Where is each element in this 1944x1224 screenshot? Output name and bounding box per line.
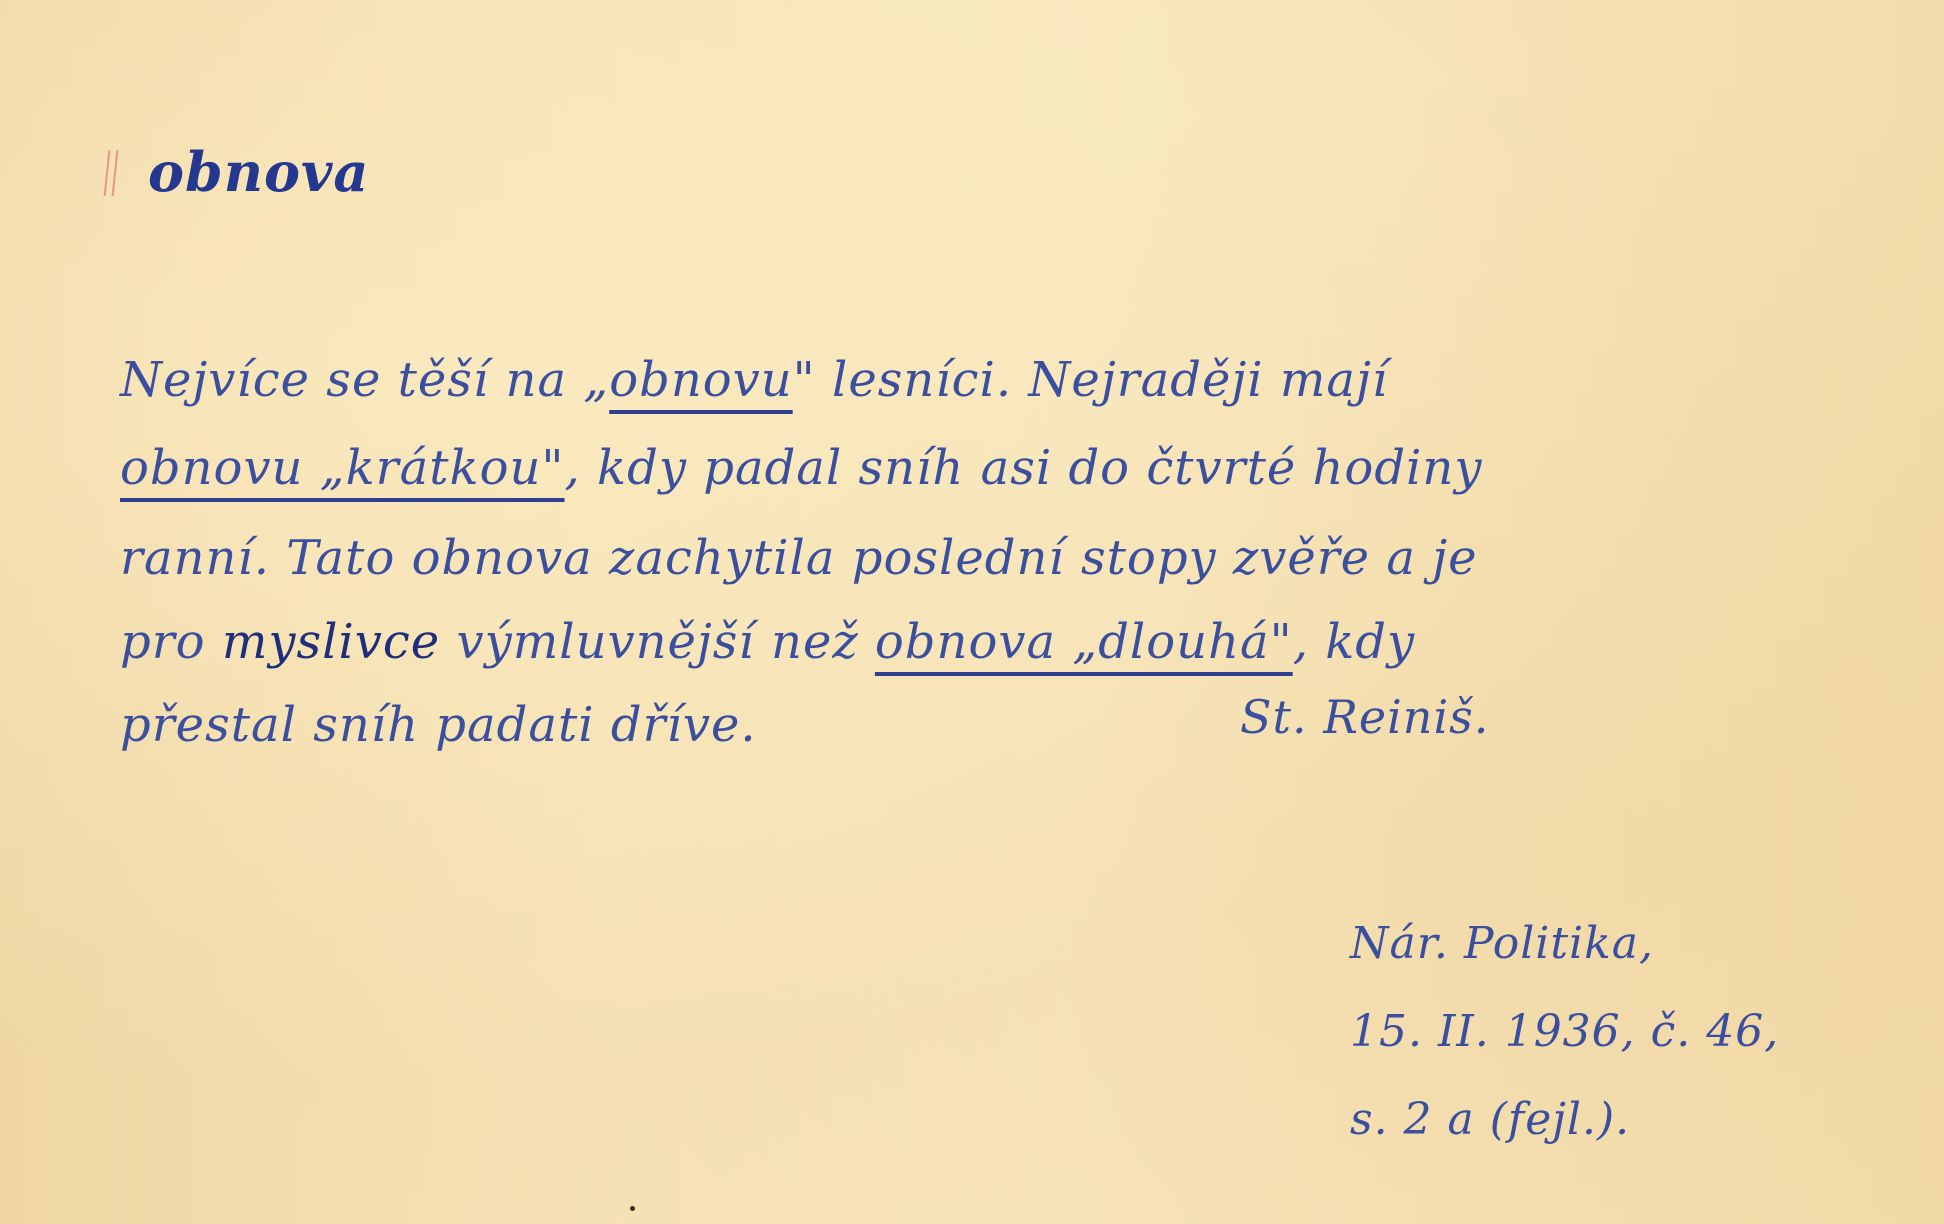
citation-line: 15. II. 1936, č. 46,: [1350, 988, 1779, 1076]
citation-line: s. 2 a (fejl.).: [1350, 1076, 1779, 1164]
source-citation: Nár. Politika, 15. II. 1936, č. 46, s. 2…: [1350, 900, 1779, 1164]
index-card: obnova Nejvíce se těší na „obnovu" lesní…: [0, 0, 1944, 1224]
emphasized-word: myslivce: [222, 614, 440, 670]
underlined-term: obnova „dlouhá": [875, 614, 1293, 670]
red-stroke: [104, 150, 111, 196]
quote-line: obnovu „krátkou", kdy padal sníh asi do …: [120, 438, 1482, 498]
quote-line: Nejvíce se těší na „obnovu" lesníci. Nej…: [120, 350, 1388, 410]
quote-text: , kdy padal sníh asi do čtvrté hodiny: [565, 440, 1483, 496]
quote-line: pro myslivce výmluvnější než obnova „dlo…: [120, 612, 1415, 672]
quote-line: ranní. Tato obnova zachytila poslední st…: [120, 528, 1478, 588]
underlined-term: obnovu: [609, 352, 792, 408]
quote-text: výmluvnější než: [440, 614, 875, 670]
underlined-term: obnovu „krátkou": [120, 440, 565, 496]
quote-text: pro: [120, 614, 222, 670]
author-signature: St. Reiniš.: [1240, 690, 1489, 744]
margin-mark: [104, 150, 118, 200]
quote-line: přestal sníh padati dříve.: [120, 695, 757, 755]
citation-line: Nár. Politika,: [1350, 900, 1779, 988]
quote-text: , kdy: [1293, 614, 1415, 670]
quote-text: přestal sníh padati dříve.: [120, 697, 757, 753]
headword: obnova: [148, 140, 369, 204]
quote-text: ranní. Tato obnova zachytila poslední st…: [120, 530, 1478, 586]
quote-text: Nejvíce se těší na „: [120, 352, 609, 408]
paper-speck: [630, 1206, 635, 1211]
red-stroke: [112, 150, 119, 196]
quote-text: " lesníci. Nejraději mají: [793, 352, 1389, 408]
